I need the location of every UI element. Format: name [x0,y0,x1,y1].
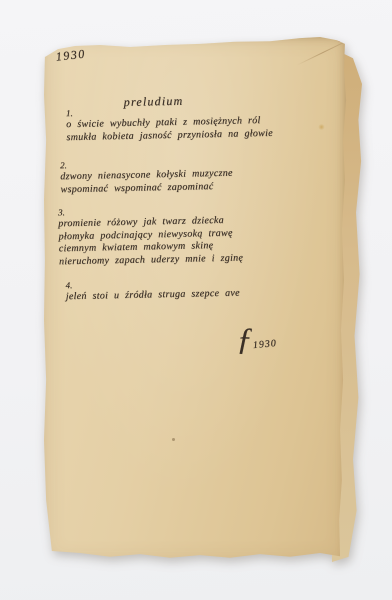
year-annotation: 1930 [55,46,86,64]
poem-line: nieruchomy zapach uderzy mnie i zginę [59,252,243,268]
manuscript-page: 1930 13 preludium 1. o świcie wybuchły p… [44,36,347,562]
manuscript-sheets: 1930 13 preludium 1. o świcie wybuchły p… [0,0,392,600]
signature-monogram: ƒ [236,322,253,354]
poem-line: jeleń stoi u źródła struga szepce ave [66,288,240,304]
stanza-4: 4. jeleń stoi u źródła struga szepce ave [65,277,240,304]
photo-background: 1930 13 preludium 1. o świcie wybuchły p… [0,0,392,600]
page-number: 13 [337,35,346,44]
stanza-3: 3. promienie różowy jak twarz dziecka pł… [58,204,243,269]
handwriting-layer: 1930 13 preludium 1. o świcie wybuchły p… [42,30,356,562]
signature-year: 1930 [252,338,277,351]
stanza-1: 1. o świcie wybuchły ptaki z mosiężnych … [66,104,273,145]
stanza-2: 2. dzwony nienasycone kołyski muzyczne w… [60,157,233,197]
